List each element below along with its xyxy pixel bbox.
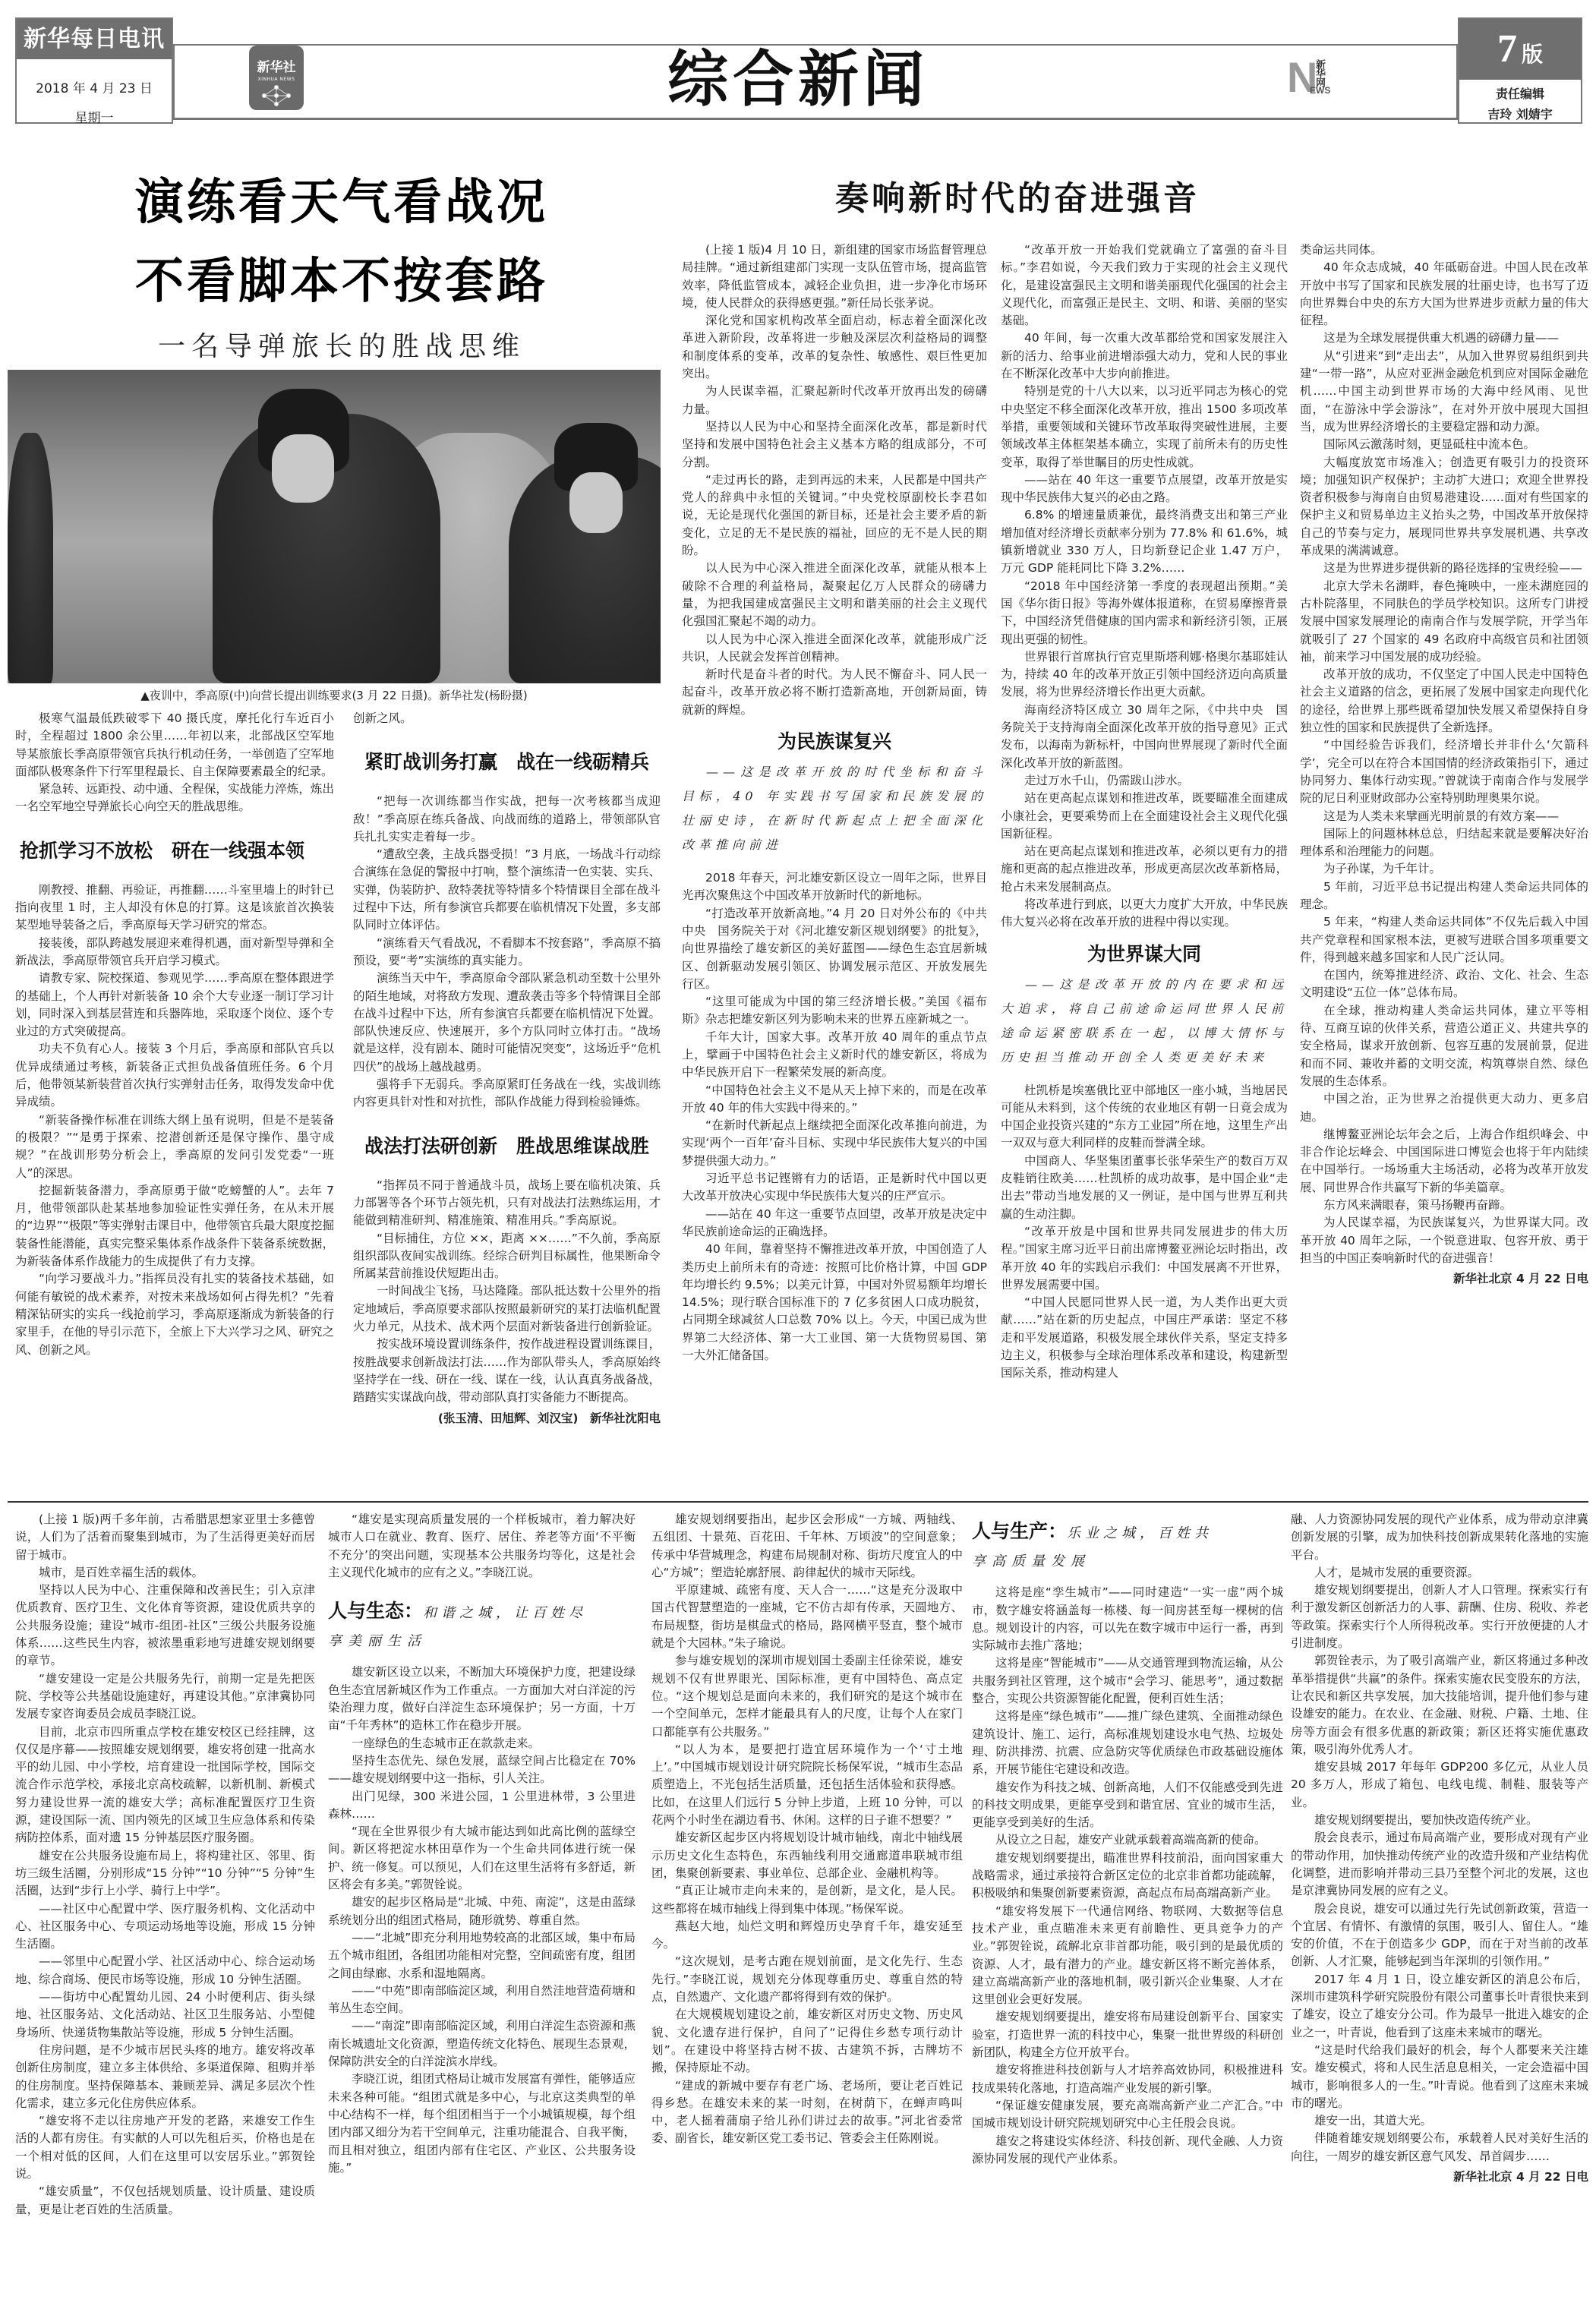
section-heading: 为世界谋大同: [1001, 939, 1288, 970]
right-column-2: “改革开放一开始我们党就确立了富强的奋斗目标。”李君如说，今天我们致力于实现的社…: [1001, 241, 1288, 1383]
right-column-1: (上接 1 版)4 月 10 日，新组建的国家市场监督管理总局挂牌。“通过新组建…: [682, 241, 987, 1364]
section-title: 综合新闻: [0, 30, 1596, 118]
bottom-column-5: 融、人力资源协同发展的现代产业体系，成为带动京津冀创新发展的引擎，成为加快科技创…: [1291, 1511, 1588, 2186]
bottom-column-1: (上接 1 版)两千多年前，古希腊思想家亚里士多德曾说，人们为了活着而聚集到城市…: [15, 1511, 315, 2219]
section-heading: 为民族谋复兴: [682, 727, 987, 757]
lead-column-2: 创新之风。 紧盯战训务打赢 战在一线砺精兵 “把每一次训练都当作实战，把每一次考…: [353, 710, 661, 1427]
section-heading: 紧盯战训务打赢 战在一线砺精兵: [353, 747, 661, 778]
page-number: 7: [1497, 27, 1517, 71]
bottom-column-2: “雄安是实现高质量发展的一个样板城市，着力解决好城市人口在就业、教育、医疗、居住…: [328, 1511, 636, 2177]
section-heading: 抢抓学习不放松 研在一线强本领: [15, 836, 334, 866]
photo-caption: ▲夜训中，季高原(中)向营长提出训练要求(3 月 22 日摄)。新华社发(杨盼摄…: [8, 687, 661, 703]
lead-subheadline: 一名导弹旅长的胜战思维: [76, 325, 607, 364]
masthead: 新华每日电讯 2018 年 4 月 23 日 星期一 新华社 XINHUA NE…: [0, 0, 1596, 129]
section-deck: ——这是改革开放的时代坐标和奋斗目标，40 年实践书写国家和民族发展的壮丽史诗，…: [682, 760, 987, 857]
lead-headline: 演练看天气看战况 不看脚本不按套路: [76, 163, 607, 321]
editor-names: 吉玲 刘婧宇: [1459, 105, 1581, 122]
page-number-box: 7版 责任编辑 吉玲 刘婧宇: [1458, 17, 1582, 124]
section-heading: 人与生产：乐业之城，百姓共: [972, 1517, 1283, 1548]
section-divider: [8, 1501, 1588, 1503]
byline: (张玉清、田旭辉、刘汉宝) 新华社沈阳电: [353, 1410, 661, 1427]
bottom-column-4: 人与生产：乐业之城，百姓共 享高质量发展 这将是座“孪生城市”——同时建造“一实…: [972, 1511, 1283, 2168]
editor-label: 责任编辑: [1459, 84, 1581, 102]
lead-column-1: 极寒气温最低跌破零下 40 摄氏度，摩托化行车近百小时，全程超过 1800 余公…: [15, 710, 334, 1359]
section-deck: ——这是改革开放的内在要求和远大追求，将自己前途命运同世界人民前途命运紧密联系在…: [1001, 973, 1288, 1070]
byline: 新华社北京 4 月 22 日电: [1291, 2168, 1588, 2186]
section-heading: 人与生态：和谐之城，让百姓尽: [328, 1597, 636, 1628]
xinhuanet-logo: N 新华网 EWS: [1287, 55, 1355, 100]
right-column-3: 类命运共同体。 40 年众志成城，40 年砥砺奋进。中国人民在改革开放中书写了国…: [1300, 241, 1588, 1288]
section-heading: 战法打法研创新 胜战思维谋战胜: [353, 1131, 661, 1162]
bottom-column-3: 雄安规划纲要指出，起步区会形成“一方城、两轴线、五组团、十景苑、百花田、千年林、…: [651, 1511, 963, 2148]
right-headline: 奏响新时代的奋进强音: [835, 171, 1443, 219]
news-photo: [8, 370, 661, 683]
byline: 新华社北京 4 月 22 日电: [1300, 1270, 1588, 1288]
